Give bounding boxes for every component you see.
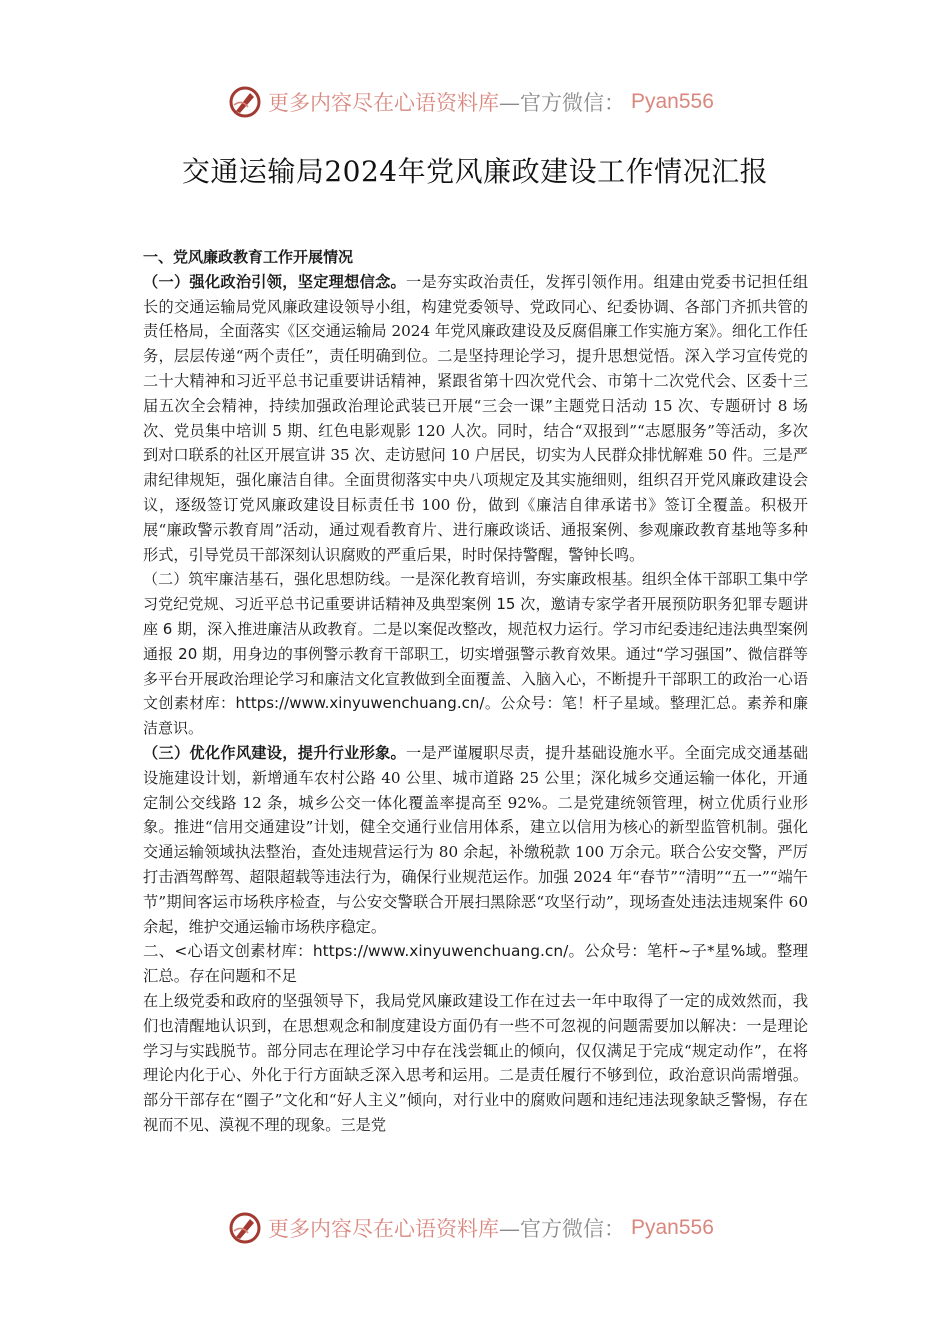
section-1-sub-1: （一）强化政治引领，坚定理想信念。一是夯实政治责任，发挥引领作用。组建由党委书记… [143, 270, 808, 568]
watermark-wechat-label: —官方微信： [499, 1213, 625, 1243]
section-1-sub-3: （三）优化作风建设，提升行业形象。一是严谨履职尽责，提升基础设施水平。全面完成交… [143, 741, 808, 939]
document-title: 交通运输局2024年党风廉政建设工作情况汇报 [0, 150, 950, 190]
sub-3-body: 一是严谨履职尽责，提升基础设施水平。全面完成交通基础设施建设计划，新增通车农村公… [143, 744, 808, 936]
watermark-text: 更多内容尽在心语资料库 [268, 87, 499, 117]
sub-1-heading: （一）强化政治引领，坚定理想信念。 [143, 273, 406, 291]
watermark-banner-top: 更多内容尽在心语资料库 —官方微信： Pyan556 [228, 82, 714, 122]
sub-1-body: 一是夯实政治责任，发挥引领作用。组建由党委书记担任组长的交通运输局党风廉政建设领… [143, 273, 808, 564]
pen-logo-icon [228, 85, 262, 119]
document-body: 一、党风廉政教育工作开展情况 （一）强化政治引领，坚定理想信念。一是夯实政治责任… [143, 245, 808, 1138]
watermark-text: 更多内容尽在心语资料库 [268, 1213, 499, 1243]
watermark-wechat-id: Pyan556 [631, 90, 714, 114]
watermark-wechat-id: Pyan556 [631, 1216, 714, 1240]
watermark-wechat-label: —官方微信： [499, 87, 625, 117]
watermark-banner-bottom: 更多内容尽在心语资料库 —官方微信： Pyan556 [228, 1208, 714, 1248]
section-1-sub-2: （二）筑牢廉洁基石，强化思想防线。一是深化教育培训，夯实廉政根基。组织全体干部职… [143, 567, 808, 741]
section-1-heading: 一、党风廉政教育工作开展情况 [143, 245, 808, 270]
pen-logo-icon [228, 1211, 262, 1245]
sub-3-heading: （三）优化作风建设，提升行业形象。 [143, 744, 406, 762]
section-2-body: 在上级党委和政府的坚强领导下，我局党风廉政建设工作在过去一年中取得了一定的成效然… [143, 989, 808, 1138]
section-2-heading: 二、<心语文创素材库：https://www.xinyuwenchuang.cn… [143, 939, 808, 989]
